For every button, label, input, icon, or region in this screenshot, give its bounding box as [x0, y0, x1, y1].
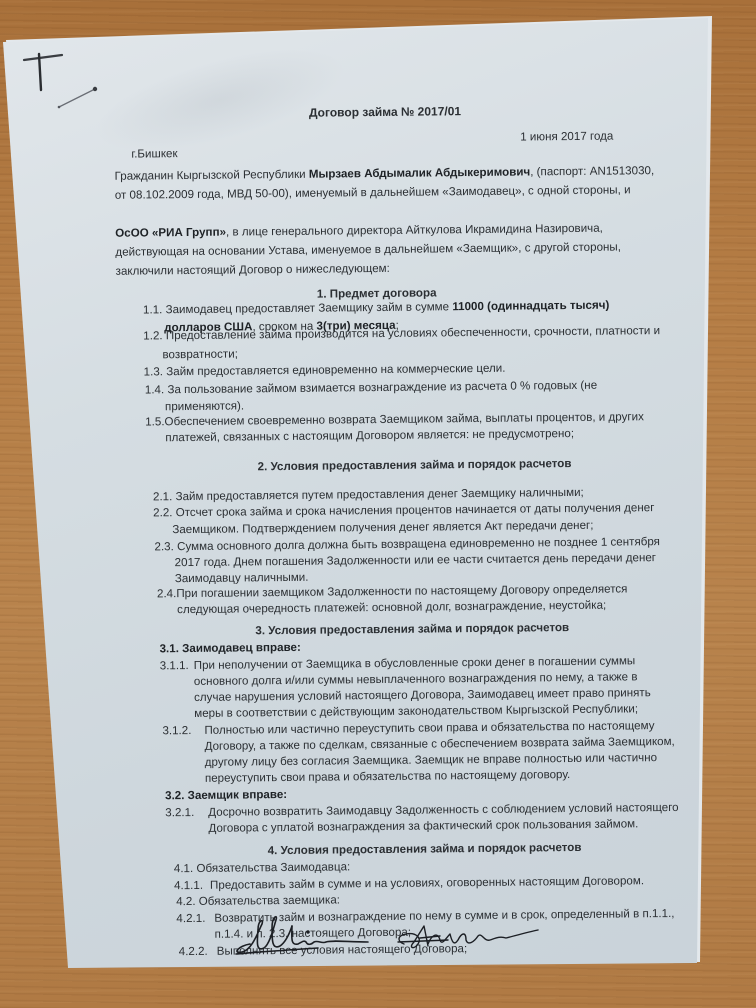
clause-number: 1.1.: [143, 303, 162, 316]
clause-number: 2.4.: [157, 587, 176, 600]
clause-text: За пользование займом взимается вознагра…: [167, 379, 597, 396]
clause-4-2-2-number: 4.2.2.: [179, 944, 208, 960]
document-title: Договор займа № 2017/01: [309, 103, 461, 121]
clause-3-1-2-line4: переуступить свои права и обязательства …: [205, 767, 570, 787]
clause-number: 1.5.: [145, 415, 164, 428]
subsection-3-1: 3.1. Заимодавец вправе:: [159, 640, 300, 657]
section-4-heading: 4. Условия предоставления займа и порядо…: [268, 840, 582, 859]
clause-3-2-1-line2: Договора с уплатой вознаграждения за фак…: [208, 816, 638, 837]
signatures: [228, 912, 558, 962]
section-3-heading: 3. Условия предоставления займа и порядо…: [255, 620, 569, 639]
clause-text: Предоставление займа производится на усл…: [166, 324, 660, 342]
clause-text: Отсчет срока займа и срока начисления пр…: [176, 501, 655, 519]
clause-number: 2.1.: [153, 490, 172, 503]
loan-amount: 11000 (одиннадцать тысяч): [452, 299, 609, 314]
clause-2-4-line2: следующая очередность платежей: основной…: [177, 598, 606, 618]
preamble-borrower-line3: заключили настоящий Договор о нижеследую…: [116, 261, 390, 280]
section-2-heading: 2. Условия предоставления займа и порядо…: [258, 456, 572, 475]
borrower-company: ОсОО «РИА Групп»: [115, 226, 226, 240]
clause-text: Займ предоставляется единовременно на ко…: [166, 362, 505, 379]
clause-3-1-1-number: 3.1.1.: [160, 658, 189, 674]
document-city: г.Бишкек: [131, 146, 177, 162]
subsection-3-2: 3.2. Заемщик вправе:: [165, 787, 287, 804]
preamble-text: Гражданин Кыргызской Республики: [115, 168, 309, 183]
clause-number: 1.2.: [143, 329, 162, 342]
clause-3-2-1-number: 3.2.1.: [165, 805, 194, 821]
clause-4-1-1-number: 4.1.1.: [174, 878, 203, 894]
lender-signature: [236, 917, 368, 954]
clause-1-4: 1.4. За пользование займом взимается воз…: [145, 378, 597, 399]
subsection-4-1: 4.1. Обязательства Заимодавца:: [174, 859, 351, 877]
preamble-lender: Гражданин Кыргызской Республики Мырзаев …: [115, 163, 655, 185]
clause-text: Заимодавец предоставляет Заемщику займ в…: [166, 300, 453, 316]
clause-4-1-1: Предоставить займ в сумме и на условиях,…: [210, 873, 644, 894]
lender-name: Мырзаев Абдымалик Абдыкеримович: [309, 165, 531, 180]
preamble-borrower: ОсОО «РИА Групп», в лице генерального ди…: [115, 221, 603, 242]
clause-1-5-line2: платежей, связанных с настоящим Договоро…: [165, 426, 574, 446]
clause-number: 2.2.: [153, 506, 172, 519]
preamble-lender-line2: от 08.102.2009 года, МВД 50-00), именуем…: [115, 182, 631, 203]
borrower-signature: [398, 926, 538, 948]
clause-4-2-1-number: 4.2.1.: [176, 911, 205, 927]
clause-1-1: 1.1. Заимодавец предоставляет Заемщику з…: [143, 298, 609, 319]
clause-number: 1.4.: [145, 383, 164, 396]
preamble-text: , (паспорт: AN1513030,: [530, 164, 654, 178]
document-date: 1 июня 2017 года: [520, 129, 613, 146]
preamble-borrower-line2: действующая на основании Устава, именуем…: [115, 239, 621, 260]
preamble-text: , в лице генерального директора Айткулов…: [226, 222, 603, 239]
clause-1-3: 1.3. Займ предоставляется единовременно …: [144, 361, 506, 381]
subsection-4-2: 4.2. Обязательства заемщика:: [176, 892, 340, 910]
clause-number: 2.3.: [154, 540, 173, 553]
contract-document: Договор займа № 2017/01 1 июня 2017 года…: [0, 0, 756, 1008]
clause-3-1-2-number: 3.1.2.: [162, 723, 191, 739]
clause-number: 1.3.: [144, 365, 163, 378]
clause-1-2-line2: возвратности;: [162, 346, 238, 363]
